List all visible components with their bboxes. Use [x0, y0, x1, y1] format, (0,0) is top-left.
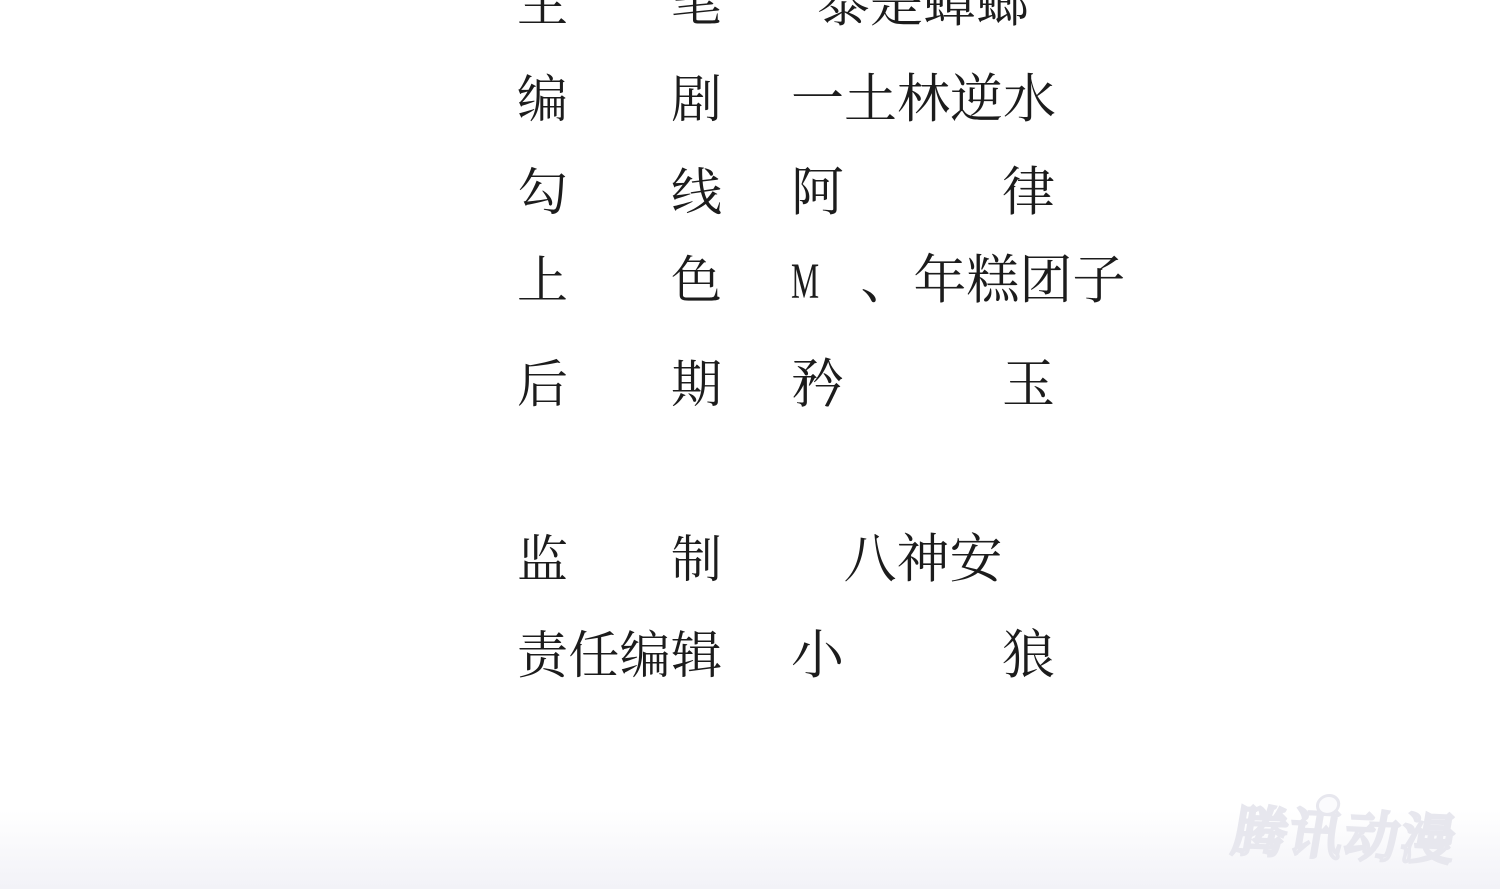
credits-page: 主笔 泰是蟑螂 编剧 一土林逆水 勾线 阿律 上色 M、年糕团子 后期 矜玉 监…	[0, 0, 1500, 889]
staff-name: 一土林逆水	[791, 72, 1055, 128]
staff-name: 矜玉	[791, 357, 1055, 413]
staff-name-latin: M	[791, 254, 819, 310]
staff-name: 泰是蟑螂	[791, 0, 1055, 32]
credit-row-scriptwriter: 编剧 一土林逆水	[0, 72, 1500, 130]
staff-name: M、年糕团子	[791, 253, 1055, 310]
role-label: 主笔	[517, 0, 722, 32]
credit-row-post-production: 后期 矜玉	[0, 357, 1500, 415]
credit-row-colorist: 上色 M、年糕团子	[0, 253, 1500, 311]
role-label: 责任编辑	[517, 628, 722, 684]
credit-row-editor: 责任编辑 小狼	[0, 628, 1500, 686]
credit-row-lead-artist: 主笔 泰是蟑螂	[0, 0, 1500, 34]
role-label: 上色	[517, 253, 722, 309]
staff-name: 小狼	[791, 628, 1055, 684]
role-label: 勾线	[517, 165, 722, 221]
staff-name-cjk: 、年糕团子	[860, 251, 1125, 310]
role-label: 编剧	[517, 72, 722, 128]
credit-row-supervisor: 监制 八神安	[0, 532, 1500, 590]
tencent-comics-watermark: 腾讯动漫	[1228, 802, 1488, 873]
staff-name: 阿律	[791, 165, 1055, 221]
role-label: 监制	[517, 532, 722, 588]
role-label: 后期	[517, 357, 722, 413]
staff-name: 八神安	[791, 532, 1055, 588]
watermark-logo-text: 腾讯动漫	[1228, 802, 1462, 871]
credit-row-line-artist: 勾线 阿律	[0, 165, 1500, 223]
